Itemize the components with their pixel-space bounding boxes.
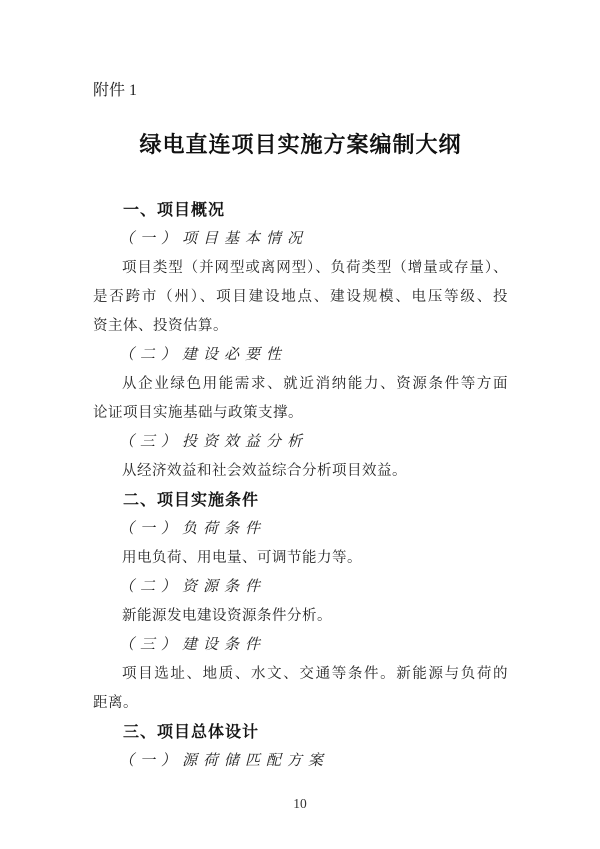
body-text-line: 项目类型（并网型或离网型）、负荷类型（增量或存量）、 [93, 254, 508, 283]
body-text-line: 从经济效益和社会效益综合分析项目效益。 [93, 457, 508, 486]
subsection-heading: （三）投资效益分析 [93, 428, 508, 457]
section-heading: 二、项目实施条件 [93, 486, 508, 515]
body-paragraph: 用电负荷、用电量、可调节能力等。 [93, 544, 508, 573]
body-text-line: 是否跨市（州）、项目建设地点、建设规模、电压等级、投 [93, 283, 508, 312]
body-paragraph: 项目类型（并网型或离网型）、负荷类型（增量或存量）、是否跨市（州）、项目建设地点… [93, 254, 508, 341]
body-paragraph: 从企业绿色用能需求、就近消纳能力、资源条件等方面论证项目实施基础与政策支撑。 [93, 370, 508, 428]
document-title: 绿电直连项目实施方案编制大纲 [93, 124, 508, 166]
document-body: 一、项目概况（一）项目基本情况项目类型（并网型或离网型）、负荷类型（增量或存量）… [93, 196, 508, 776]
body-text-line: 项目选址、地质、水文、交通等条件。新能源与负荷的 [93, 660, 508, 689]
body-text-line: 用电负荷、用电量、可调节能力等。 [93, 544, 508, 573]
subsection-heading: （一）负荷条件 [93, 515, 508, 544]
subsection-heading: （一）项目基本情况 [93, 225, 508, 254]
subsection-heading: （一）源荷储匹配方案 [93, 747, 508, 776]
body-text-line: 从企业绿色用能需求、就近消纳能力、资源条件等方面 [93, 370, 508, 399]
body-text-line: 距离。 [93, 689, 508, 718]
body-paragraph: 新能源发电建设资源条件分析。 [93, 602, 508, 631]
section-heading: 三、项目总体设计 [93, 718, 508, 747]
section-heading: 一、项目概况 [93, 196, 508, 225]
subsection-heading: （二）资源条件 [93, 573, 508, 602]
body-text-line: 新能源发电建设资源条件分析。 [93, 602, 508, 631]
document-content: 附件 1 绿电直连项目实施方案编制大纲 一、项目概况（一）项目基本情况项目类型（… [93, 0, 508, 776]
body-paragraph: 从经济效益和社会效益综合分析项目效益。 [93, 457, 508, 486]
subsection-heading: （三）建设条件 [93, 631, 508, 660]
body-text-line: 论证项目实施基础与政策支撑。 [93, 399, 508, 428]
subsection-heading: （二）建设必要性 [93, 341, 508, 370]
body-text-line: 资主体、投资估算。 [93, 312, 508, 341]
document-page: 附件 1 绿电直连项目实施方案编制大纲 一、项目概况（一）项目基本情况项目类型（… [0, 0, 600, 849]
attachment-label: 附件 1 [93, 76, 508, 106]
page-number: 10 [0, 796, 600, 812]
body-paragraph: 项目选址、地质、水文、交通等条件。新能源与负荷的距离。 [93, 660, 508, 718]
